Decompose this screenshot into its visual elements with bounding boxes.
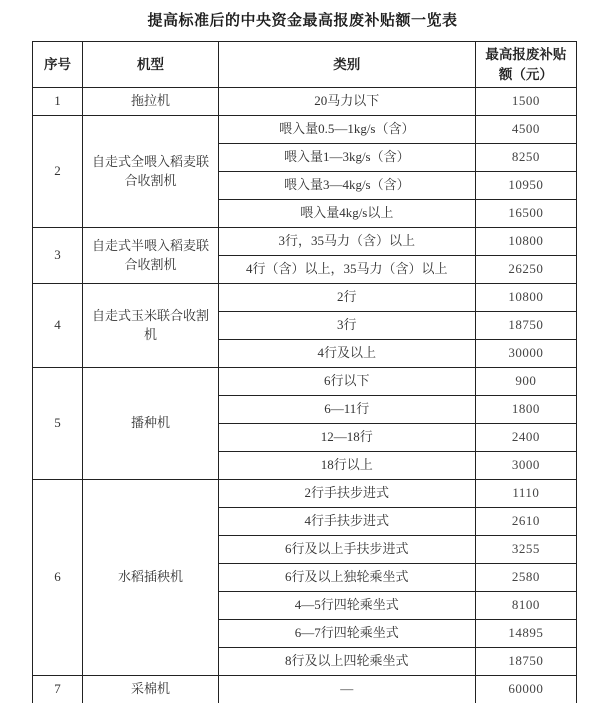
category-cell: 2行手扶步进式 — [218, 480, 475, 508]
table-row: 6水稻插秧机2行手扶步进式1110 — [33, 480, 577, 508]
serial-number-cell: 1 — [33, 88, 83, 116]
machine-type-cell: 自走式玉米联合收割机 — [83, 284, 219, 368]
serial-number-cell: 4 — [33, 284, 83, 368]
category-cell: 12—18行 — [218, 424, 475, 452]
category-cell: 4—5行四轮乘坐式 — [218, 592, 475, 620]
amount-cell: 14895 — [475, 620, 576, 648]
table-row: 7采棉机—60000 — [33, 676, 577, 703]
serial-number-cell: 2 — [33, 116, 83, 228]
serial-number-cell: 5 — [33, 368, 83, 480]
amount-cell: 3000 — [475, 452, 576, 480]
machine-type-cell: 播种机 — [83, 368, 219, 480]
category-cell: 3行 — [218, 312, 475, 340]
category-cell: 6行以下 — [218, 368, 475, 396]
subsidy-table: 序号 机型 类别 最高报废补贴额（元） 1拖拉机20马力以下15002自走式全喂… — [32, 41, 577, 703]
category-cell: 6行及以上独轮乘坐式 — [218, 564, 475, 592]
table-row: 2自走式全喂入稻麦联合收割机喂入量0.5—1kg/s（含）4500 — [33, 116, 577, 144]
amount-cell: 10800 — [475, 228, 576, 256]
amount-cell: 18750 — [475, 648, 576, 676]
amount-cell: 10800 — [475, 284, 576, 312]
category-cell: 8行及以上四轮乘坐式 — [218, 648, 475, 676]
machine-type-cell: 水稻插秧机 — [83, 480, 219, 676]
amount-cell: 8250 — [475, 144, 576, 172]
header-serial-number: 序号 — [33, 42, 83, 88]
category-cell: 喂入量0.5—1kg/s（含） — [218, 116, 475, 144]
table-row: 3自走式半喂入稻麦联合收割机3行，35马力（含）以上10800 — [33, 228, 577, 256]
category-cell: 20马力以下 — [218, 88, 475, 116]
amount-cell: 26250 — [475, 256, 576, 284]
machine-type-cell: 拖拉机 — [83, 88, 219, 116]
table-row: 5播种机6行以下900 — [33, 368, 577, 396]
category-cell: 3行，35马力（含）以上 — [218, 228, 475, 256]
category-cell: 喂入量4kg/s以上 — [218, 200, 475, 228]
category-cell: — — [218, 676, 475, 703]
machine-type-cell: 自走式全喂入稻麦联合收割机 — [83, 116, 219, 228]
amount-cell: 900 — [475, 368, 576, 396]
machine-type-cell: 自走式半喂入稻麦联合收割机 — [83, 228, 219, 284]
amount-cell: 2580 — [475, 564, 576, 592]
machine-type-cell: 采棉机 — [83, 676, 219, 703]
category-cell: 4行（含）以上，35马力（含）以上 — [218, 256, 475, 284]
amount-cell: 18750 — [475, 312, 576, 340]
header-row: 序号 机型 类别 最高报废补贴额（元） — [33, 42, 577, 88]
category-cell: 4行手扶步进式 — [218, 508, 475, 536]
category-cell: 18行以上 — [218, 452, 475, 480]
amount-cell: 16500 — [475, 200, 576, 228]
table-row: 1拖拉机20马力以下1500 — [33, 88, 577, 116]
table-header: 序号 机型 类别 最高报废补贴额（元） — [33, 42, 577, 88]
page-title: 提高标准后的中央资金最高报废补贴额一览表 — [0, 0, 605, 30]
amount-cell: 2610 — [475, 508, 576, 536]
amount-cell: 8100 — [475, 592, 576, 620]
serial-number-cell: 3 — [33, 228, 83, 284]
amount-cell: 3255 — [475, 536, 576, 564]
amount-cell: 1800 — [475, 396, 576, 424]
amount-cell: 4500 — [475, 116, 576, 144]
header-max-subsidy: 最高报废补贴额（元） — [475, 42, 576, 88]
table-body: 1拖拉机20马力以下15002自走式全喂入稻麦联合收割机喂入量0.5—1kg/s… — [33, 88, 577, 703]
category-cell: 2行 — [218, 284, 475, 312]
table-row: 4自走式玉米联合收割机2行10800 — [33, 284, 577, 312]
header-machine-type: 机型 — [83, 42, 219, 88]
amount-cell: 2400 — [475, 424, 576, 452]
amount-cell: 10950 — [475, 172, 576, 200]
category-cell: 4行及以上 — [218, 340, 475, 368]
category-cell: 6—11行 — [218, 396, 475, 424]
category-cell: 6行及以上手扶步进式 — [218, 536, 475, 564]
category-cell: 喂入量1—3kg/s（含） — [218, 144, 475, 172]
category-cell: 6—7行四轮乘坐式 — [218, 620, 475, 648]
serial-number-cell: 6 — [33, 480, 83, 676]
category-cell: 喂入量3—4kg/s（含） — [218, 172, 475, 200]
amount-cell: 60000 — [475, 676, 576, 703]
amount-cell: 1110 — [475, 480, 576, 508]
amount-cell: 1500 — [475, 88, 576, 116]
amount-cell: 30000 — [475, 340, 576, 368]
serial-number-cell: 7 — [33, 676, 83, 703]
header-category: 类别 — [218, 42, 475, 88]
